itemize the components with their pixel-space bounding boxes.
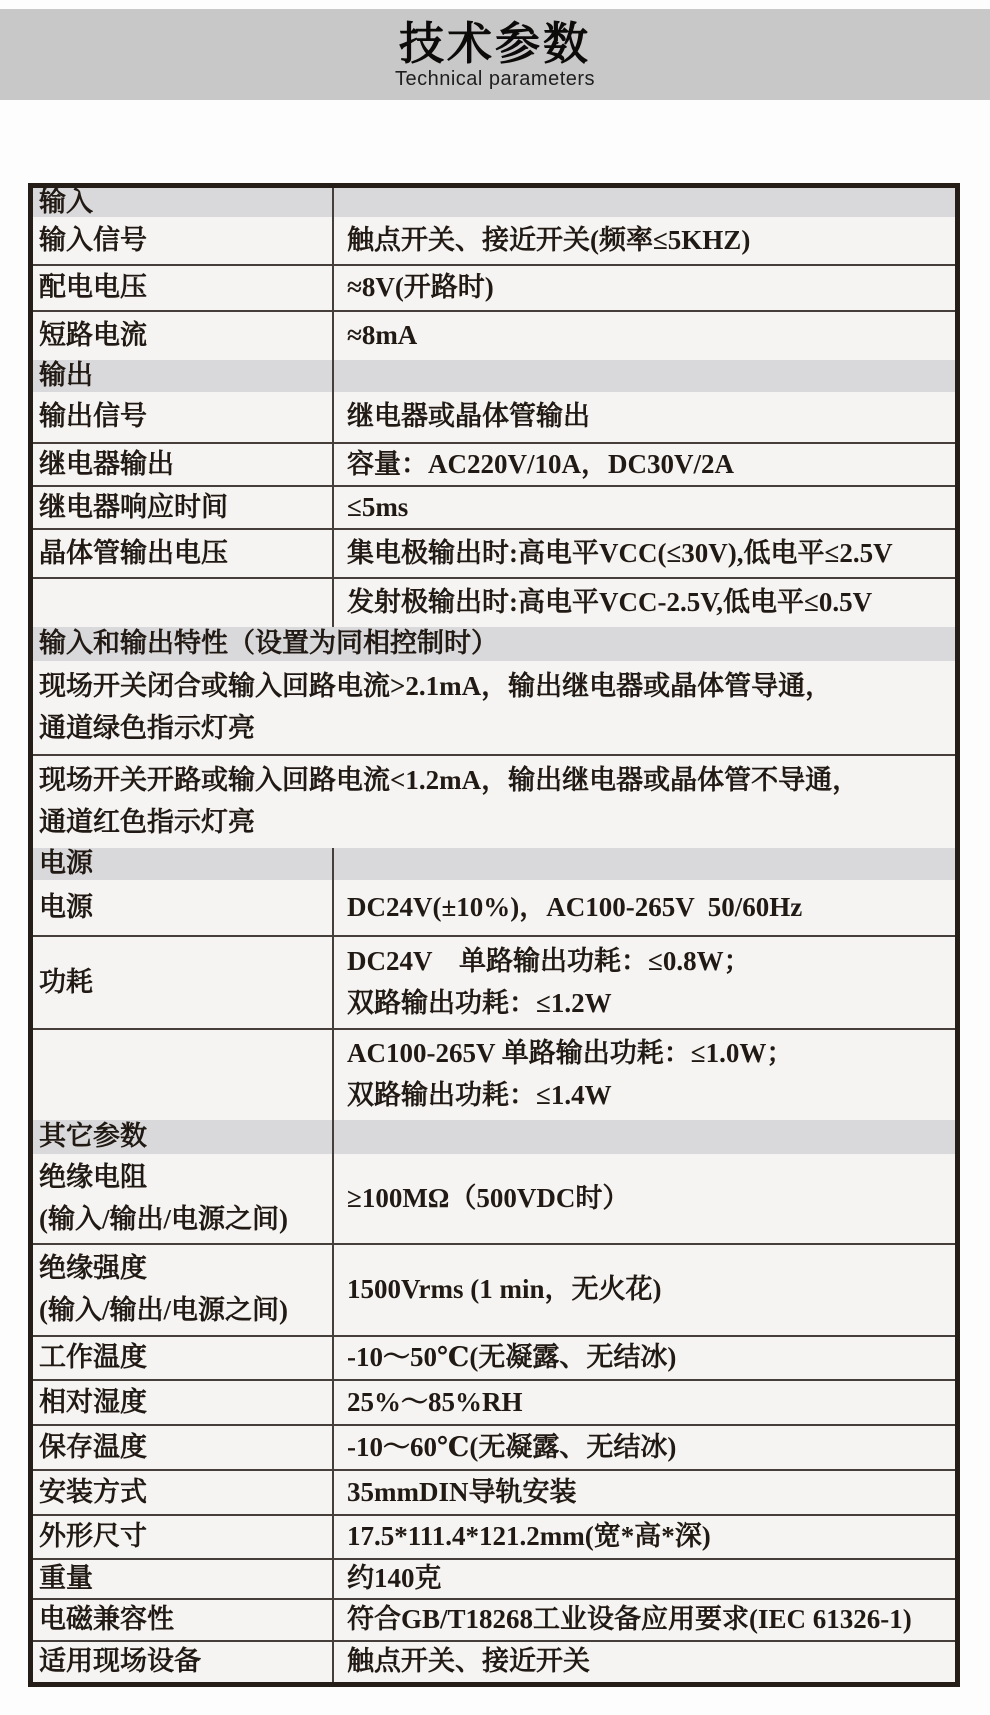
spec-row: 安装方式35mmDIN导轨安装 — [33, 1469, 955, 1514]
section-label: 输入 — [39, 187, 332, 218]
row-label-line: 电源 — [39, 887, 332, 929]
row-label-cell: 配电电压 — [33, 266, 334, 310]
section-empty-cell — [334, 188, 955, 217]
section-header-row: 输入和输出特性（设置为同相控制时） — [33, 627, 955, 661]
row-label-line: 电磁兼容性 — [39, 1599, 332, 1641]
row-value-line: 现场开关开路或输入回路电流<1.2mA，输出继电器或晶体管不导通， — [39, 760, 955, 802]
row-value-line: 现场开关闭合或输入回路电流>2.1mA，输出继电器或晶体管导通， — [39, 666, 955, 708]
spec-row: AC100-265V 单路输出功耗：≤1.0W；双路输出功耗：≤1.4W — [33, 1028, 955, 1120]
row-label-cell — [33, 1030, 334, 1120]
row-value-cell: ≈8V(开路时) — [334, 266, 955, 310]
spec-row: 绝缘电阻(输入/输出/电源之间)≥100MΩ（500VDC时） — [33, 1154, 955, 1243]
section-empty-cell — [334, 1120, 955, 1154]
section-header-row: 输出 — [33, 360, 955, 392]
row-label-line: 继电器输出 — [39, 444, 332, 486]
section-label-cell: 输入和输出特性（设置为同相控制时） — [33, 627, 955, 661]
row-value-cell: 35mmDIN导轨安装 — [334, 1471, 955, 1514]
row-value-cell: 1500Vrms (1 min，无火花) — [334, 1245, 955, 1335]
spec-row: 电磁兼容性符合GB/T18268工业设备应用要求(IEC 61326-1) — [33, 1598, 955, 1640]
row-value-line: -10～60℃(无凝露、无结冰) — [347, 1427, 955, 1469]
row-label-line: 外形尺寸 — [39, 1516, 332, 1558]
row-label-line: 适用现场设备 — [39, 1641, 332, 1683]
spec-row-fullwidth: 现场开关闭合或输入回路电流>2.1mA，输出继电器或晶体管导通，通道绿色指示灯亮 — [33, 661, 955, 754]
row-value-line: 符合GB/T18268工业设备应用要求(IEC 61326-1) — [347, 1600, 955, 1640]
spec-row: 工作温度-10～50℃(无凝露、无结冰) — [33, 1335, 955, 1379]
spec-row: 电源DC24V(±10%)，AC100-265V 50/60Hz — [33, 880, 955, 935]
spec-row: 相对湿度25%～85%RH — [33, 1379, 955, 1424]
row-label-line: 继电器响应时间 — [39, 487, 332, 529]
row-value-line: 25%～85%RH — [347, 1382, 955, 1424]
spec-row: 适用现场设备触点开关、接近开关 — [33, 1640, 955, 1682]
row-value-line: 通道红色指示灯亮 — [39, 802, 955, 844]
row-value-cell: -10～50℃(无凝露、无结冰) — [334, 1337, 955, 1379]
row-label-line: 安装方式 — [39, 1472, 332, 1514]
spec-row: 重量约140克 — [33, 1558, 955, 1598]
row-value-line: ≥100MΩ（500VDC时） — [347, 1178, 955, 1220]
row-value-line: ≈8mA — [347, 315, 955, 357]
row-value-line: 17.5*111.4*121.2mm(宽*高*深) — [347, 1516, 955, 1558]
row-value-line: 触点开关、接近开关 — [347, 1642, 955, 1682]
spec-row: 发射极输出时:高电平VCC-2.5V,低电平≤0.5V — [33, 577, 955, 627]
row-value-cell: 符合GB/T18268工业设备应用要求(IEC 61326-1) — [334, 1600, 955, 1640]
row-label-cell: 工作温度 — [33, 1337, 334, 1379]
page-subtitle: Technical parameters — [0, 69, 990, 90]
row-value-cell: 集电极输出时:高电平VCC(≤30V),低电平≤2.5V — [334, 530, 955, 577]
row-value-cell: 现场开关闭合或输入回路电流>2.1mA，输出继电器或晶体管导通，通道绿色指示灯亮 — [33, 661, 955, 754]
row-label-line: (输入/输出/电源之间) — [39, 1199, 332, 1241]
row-label-line: 功耗 — [39, 962, 332, 1004]
row-value-cell: 约140克 — [334, 1560, 955, 1598]
row-label-cell: 继电器输出 — [33, 444, 334, 485]
row-label-cell: 输出信号 — [33, 392, 334, 442]
row-value-line: DC24V(±10%)，AC100-265V 50/60Hz — [347, 887, 955, 929]
row-value-line: 继电器或晶体管输出 — [347, 396, 955, 438]
row-value-cell: -10～60℃(无凝露、无结冰) — [334, 1426, 955, 1469]
row-label-cell: 晶体管输出电压 — [33, 530, 334, 577]
section-label: 其它参数 — [39, 1121, 332, 1152]
row-value-line: AC100-265V 单路输出功耗：≤1.0W； — [347, 1033, 955, 1075]
row-value-line: DC24V 单路输出功耗：≤0.8W； — [347, 941, 955, 983]
page-title: 技术参数 — [0, 19, 990, 69]
row-value-line: 通道绿色指示灯亮 — [39, 708, 955, 750]
section-label: 输入和输出特性（设置为同相控制时） — [39, 628, 955, 659]
spec-row: 功耗DC24V 单路输出功耗：≤0.8W；双路输出功耗：≤1.2W — [33, 935, 955, 1028]
spec-row: 配电电压≈8V(开路时) — [33, 264, 955, 310]
row-value-cell: DC24V 单路输出功耗：≤0.8W；双路输出功耗：≤1.2W — [334, 937, 955, 1028]
section-header-row: 输入 — [33, 188, 955, 217]
section-label-cell: 电源 — [33, 848, 334, 880]
spec-row: 输入信号触点开关、接近开关(频率≤5KHZ) — [33, 217, 955, 264]
row-value-line: ≤5ms — [347, 487, 955, 528]
row-label-line: 重量 — [39, 1558, 332, 1600]
spec-row: 继电器响应时间≤5ms — [33, 485, 955, 528]
row-label-line: 输出信号 — [39, 396, 332, 438]
row-value-cell: 17.5*111.4*121.2mm(宽*高*深) — [334, 1516, 955, 1558]
row-label-cell: 保存温度 — [33, 1426, 334, 1469]
row-value-line: 发射极输出时:高电平VCC-2.5V,低电平≤0.5V — [347, 582, 955, 624]
row-label-cell: 功耗 — [33, 937, 334, 1028]
row-label-cell — [33, 579, 334, 627]
spec-row-fullwidth: 现场开关开路或输入回路电流<1.2mA，输出继电器或晶体管不导通，通道红色指示灯… — [33, 754, 955, 848]
row-value-line: 触点开关、接近开关(频率≤5KHZ) — [347, 220, 955, 262]
row-label-cell: 外形尺寸 — [33, 1516, 334, 1558]
section-label-cell: 其它参数 — [33, 1120, 334, 1154]
row-value-line: -10～50℃(无凝露、无结冰) — [347, 1337, 955, 1379]
spec-row: 保存温度-10～60℃(无凝露、无结冰) — [33, 1424, 955, 1469]
section-header-row: 其它参数 — [33, 1120, 955, 1154]
spec-row: 晶体管输出电压集电极输出时:高电平VCC(≤30V),低电平≤2.5V — [33, 528, 955, 577]
title-banner: 技术参数 Technical parameters — [0, 9, 990, 100]
row-value-line: 双路输出功耗：≤1.2W — [347, 983, 955, 1025]
row-value-line: 容量：AC220V/10A，DC30V/2A — [347, 444, 955, 485]
section-empty-cell — [334, 848, 955, 880]
section-label: 输出 — [39, 360, 332, 391]
row-value-cell: DC24V(±10%)，AC100-265V 50/60Hz — [334, 880, 955, 935]
row-label-cell: 绝缘强度(输入/输出/电源之间) — [33, 1245, 334, 1335]
row-label-cell: 适用现场设备 — [33, 1642, 334, 1682]
row-label-line: 短路电流 — [39, 315, 332, 357]
row-value-line: 双路输出功耗：≤1.4W — [347, 1075, 955, 1117]
row-value-line: ≈8V(开路时) — [347, 267, 955, 309]
row-value-cell: 触点开关、接近开关 — [334, 1642, 955, 1682]
row-label-cell: 继电器响应时间 — [33, 487, 334, 528]
row-value-cell: 发射极输出时:高电平VCC-2.5V,低电平≤0.5V — [334, 579, 955, 627]
spec-row: 绝缘强度(输入/输出/电源之间)1500Vrms (1 min，无火花) — [33, 1243, 955, 1335]
row-label-cell: 短路电流 — [33, 312, 334, 360]
row-label-cell: 相对湿度 — [33, 1381, 334, 1424]
row-value-line: 约140克 — [347, 1560, 955, 1598]
row-label-cell: 重量 — [33, 1560, 334, 1598]
row-label-cell: 电磁兼容性 — [33, 1600, 334, 1640]
row-value-cell: 25%～85%RH — [334, 1381, 955, 1424]
row-value-cell: ≥100MΩ（500VDC时） — [334, 1154, 955, 1243]
row-value-cell: 继电器或晶体管输出 — [334, 392, 955, 442]
row-value-cell: AC100-265V 单路输出功耗：≤1.0W；双路输出功耗：≤1.4W — [334, 1030, 955, 1120]
row-label-cell: 安装方式 — [33, 1471, 334, 1514]
row-value-line: 1500Vrms (1 min，无火花) — [347, 1269, 955, 1311]
row-label-line: 绝缘强度 — [39, 1248, 332, 1290]
row-value-cell: 触点开关、接近开关(频率≤5KHZ) — [334, 217, 955, 264]
spec-row: 短路电流≈8mA — [33, 310, 955, 360]
spec-row: 输出信号继电器或晶体管输出 — [33, 392, 955, 442]
spec-table: 输入输入信号触点开关、接近开关(频率≤5KHZ)配电电压≈8V(开路时)短路电流… — [28, 183, 960, 1687]
spec-row: 外形尺寸17.5*111.4*121.2mm(宽*高*深) — [33, 1514, 955, 1558]
row-label-cell: 输入信号 — [33, 217, 334, 264]
row-value-cell: 容量：AC220V/10A，DC30V/2A — [334, 444, 955, 485]
row-label-line: 晶体管输出电压 — [39, 533, 332, 575]
row-label-line: 绝缘电阻 — [39, 1157, 332, 1199]
row-value-line: 集电极输出时:高电平VCC(≤30V),低电平≤2.5V — [347, 533, 955, 575]
row-label-line: 工作温度 — [39, 1337, 332, 1379]
row-label-cell: 电源 — [33, 880, 334, 935]
row-value-cell: ≤5ms — [334, 487, 955, 528]
row-label-line: 配电电压 — [39, 267, 332, 309]
row-value-line: 35mmDIN导轨安装 — [347, 1472, 955, 1514]
row-value-cell: 现场开关开路或输入回路电流<1.2mA，输出继电器或晶体管不导通，通道红色指示灯… — [33, 756, 955, 848]
section-header-row: 电源 — [33, 848, 955, 880]
spec-row: 继电器输出容量：AC220V/10A，DC30V/2A — [33, 442, 955, 485]
row-label-cell: 绝缘电阻(输入/输出/电源之间) — [33, 1154, 334, 1243]
section-empty-cell — [334, 360, 955, 392]
row-label-line: 保存温度 — [39, 1427, 332, 1469]
row-label-line: 相对湿度 — [39, 1382, 332, 1424]
section-label: 电源 — [39, 848, 332, 879]
section-label-cell: 输入 — [33, 188, 334, 217]
row-label-line: 输入信号 — [39, 220, 332, 262]
section-label-cell: 输出 — [33, 360, 334, 392]
row-value-cell: ≈8mA — [334, 312, 955, 360]
page: { "header": { "title": "技术参数", "subtitle… — [0, 0, 990, 1715]
row-label-line: (输入/输出/电源之间) — [39, 1290, 332, 1332]
